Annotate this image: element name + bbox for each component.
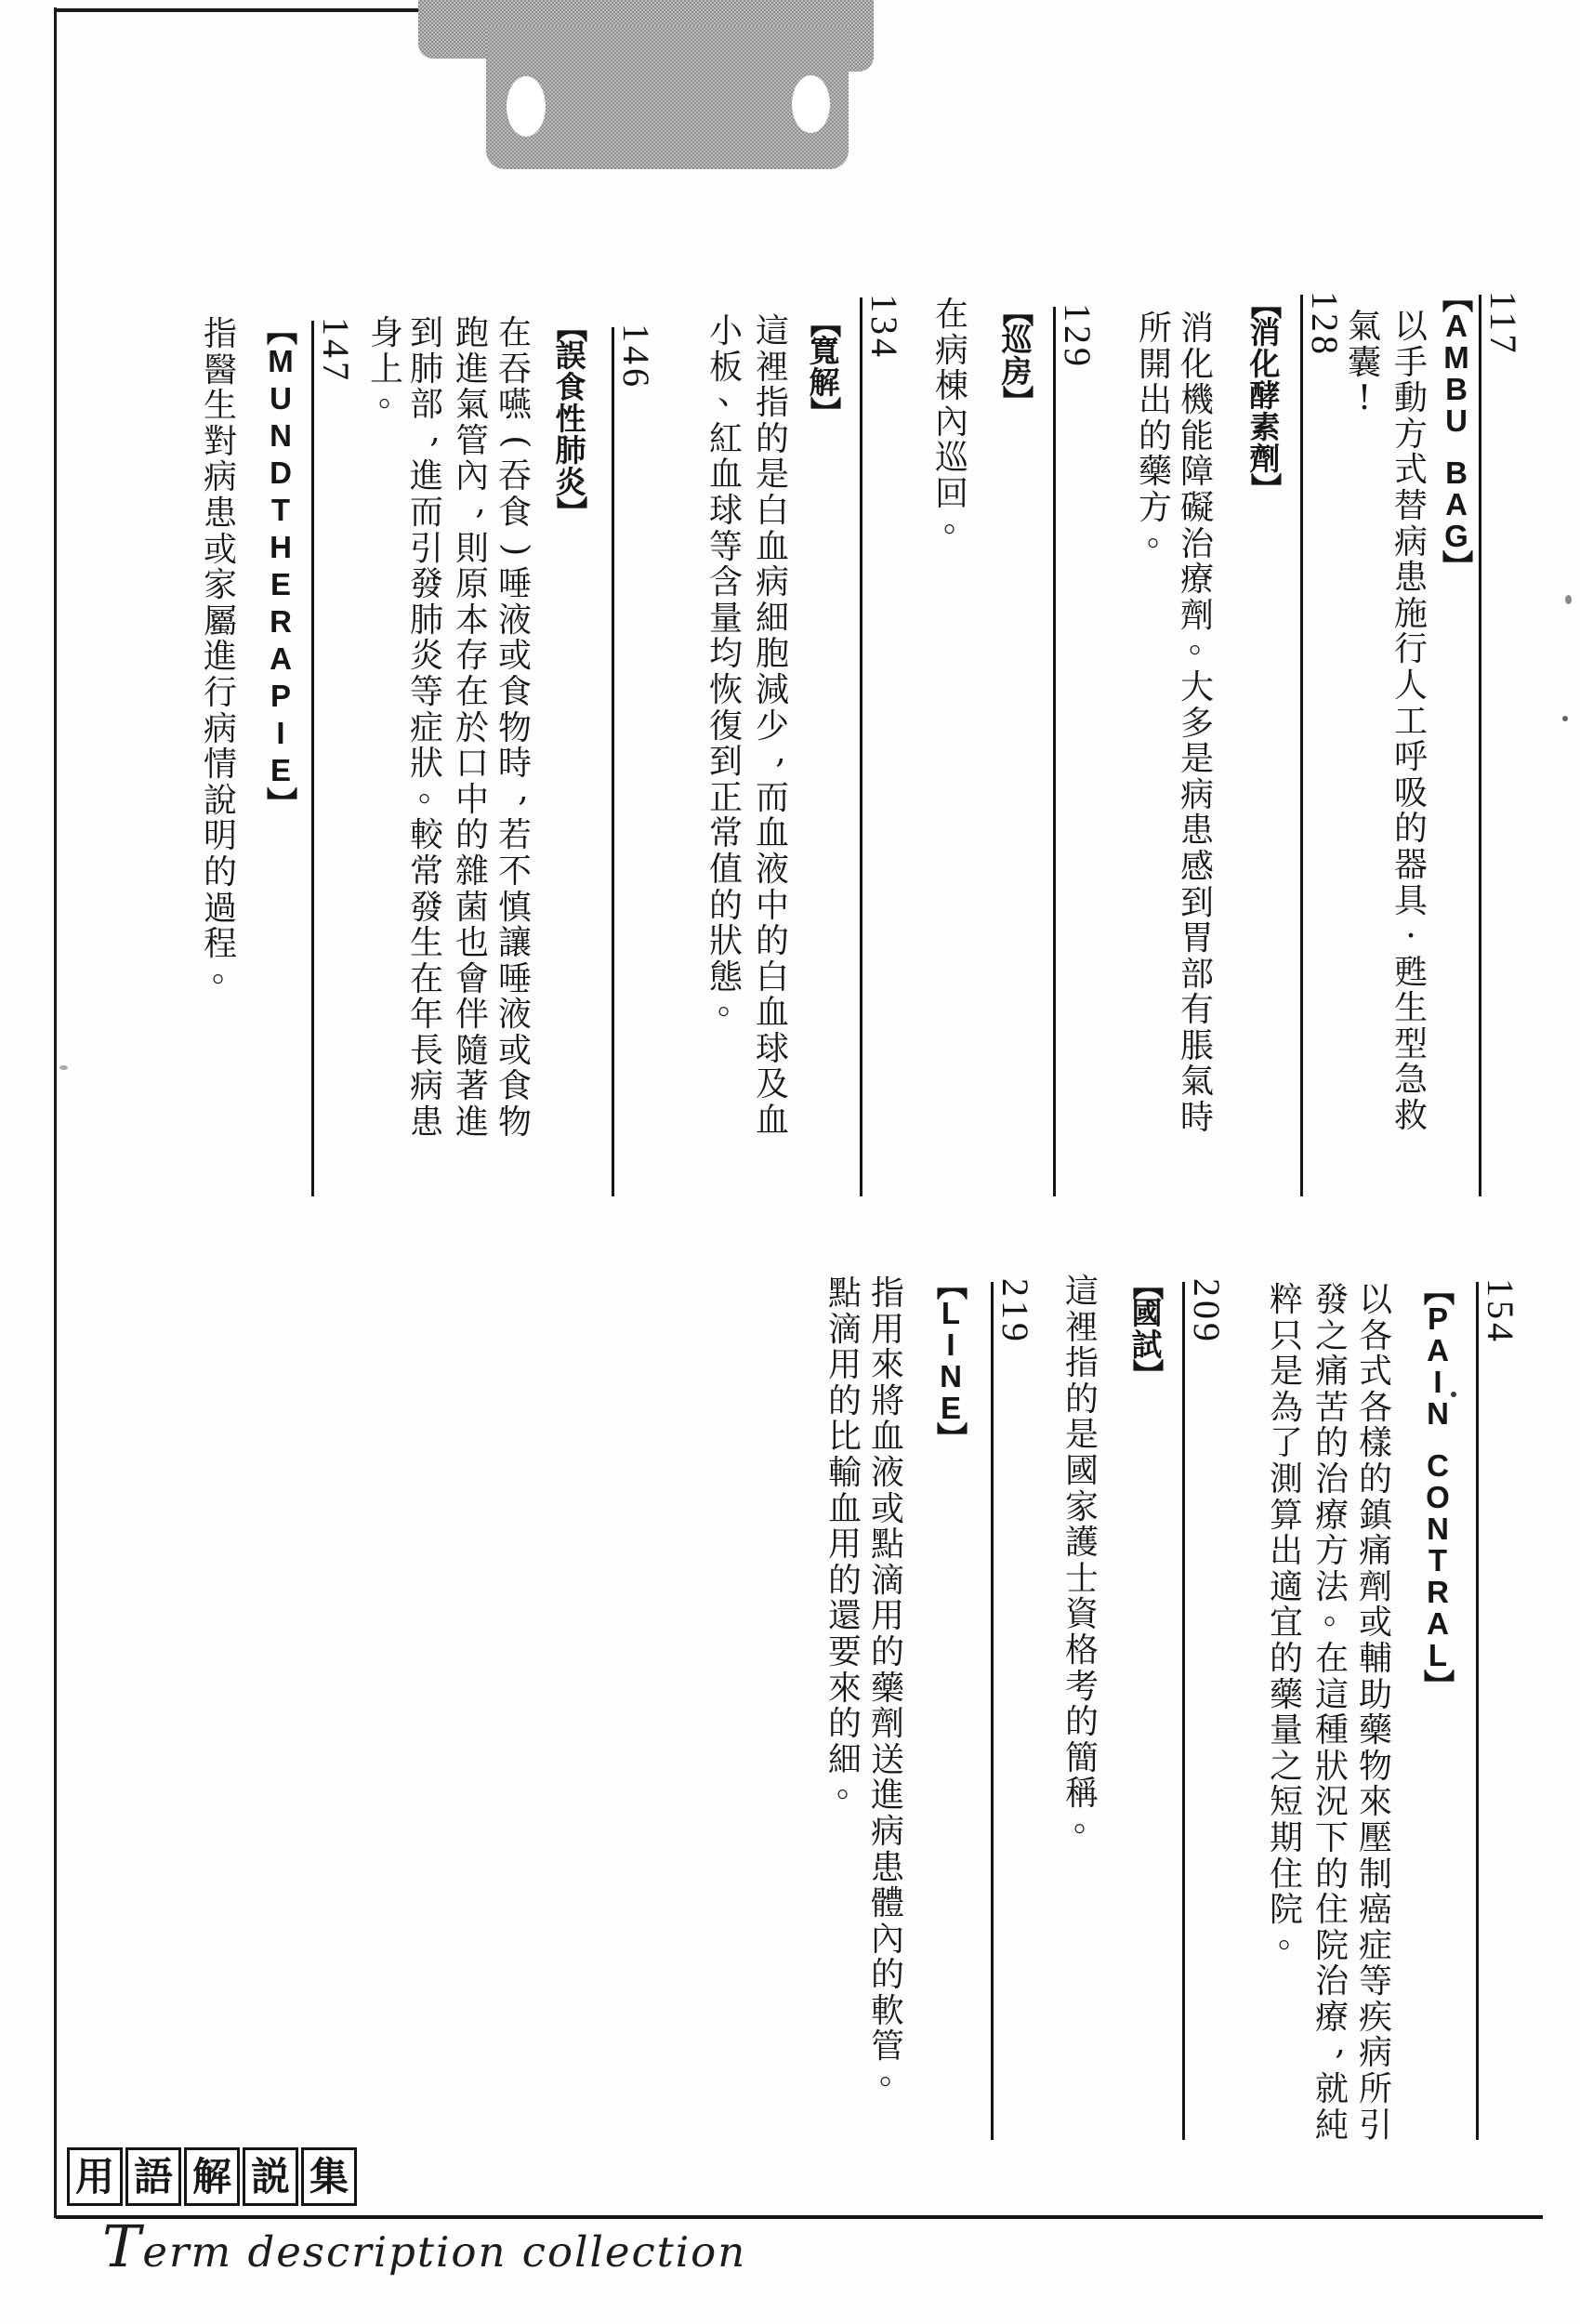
desc-column: 小板、紅血球等含量均恢復到正常值的狀態。 <box>706 314 745 1032</box>
binder-hole-icon <box>792 75 830 133</box>
entry-rule <box>860 297 862 1196</box>
scanned-glossary-page: 117【AMBU BAG】以手動方式替病患施行人工呼吸的器具・甦生型急救氣囊!1… <box>0 0 1580 2324</box>
stamp-box: 解 <box>184 2147 240 2206</box>
stamp-box: 説 <box>243 2147 298 2206</box>
page-number: 147 <box>317 317 354 384</box>
entry-rule <box>1300 295 1303 1196</box>
desc-column: 指用來將血液或點滴用的藥劑送進病患體內的軟管。 <box>868 1276 907 2102</box>
term-label: 【LINE】 <box>929 1272 972 1450</box>
desc-column: 點滴用的比輸血用的還要來的細。 <box>825 1276 864 1815</box>
scan-speck <box>1562 716 1568 721</box>
term-label: 【國試】 <box>1126 1272 1168 1387</box>
term-label: 【寬解】 <box>803 310 846 425</box>
desc-column: 所開出的藥方。 <box>1136 311 1175 562</box>
page-number: 219 <box>996 1278 1034 1345</box>
scan-speck <box>1451 1392 1456 1397</box>
desc-column: 到肺部,進而引發肺炎等症狀。較常發生在年長病患 <box>407 316 446 1142</box>
desc-column: 跑進氣管內,則原本存在於口中的雜菌也會伴隨著進 <box>453 316 492 1142</box>
entry-rule <box>612 327 614 1196</box>
term-label: 【誤食性肺炎】 <box>549 314 592 524</box>
desc-column: 在吞嚥(吞食)唾液或食物時,若不慎讓唾液或食物 <box>495 316 534 1142</box>
stamp-box: 用 <box>67 2147 123 2206</box>
desc-column: 發之痛苦的治療方法。在這種狀況下的住院治療,就純 <box>1312 1283 1351 2144</box>
scan-speck <box>59 1065 68 1070</box>
stamp-box: 集 <box>301 2147 357 2206</box>
desc-column: 以各式各樣的鎮痛劑或輔助藥物來壓制癌症等疾病所引 <box>1356 1283 1395 2144</box>
desc-column: 以手動方式替病患施行人工呼吸的器具・甦生型急救 <box>1391 310 1430 1135</box>
entry-rule <box>311 321 314 1196</box>
term-label: 【PAIN CONTRAL】 <box>1416 1277 1459 1697</box>
scan-speck <box>1565 595 1572 604</box>
footer-caption: Term description collection <box>102 2227 746 2277</box>
entry-rule <box>1479 295 1481 1196</box>
page-number: 117 <box>1484 291 1521 357</box>
entry-rule <box>1476 1282 1479 2140</box>
binder-hole-icon <box>507 76 546 137</box>
entry-rule <box>991 1282 994 2140</box>
term-label: 【AMBU BAG】 <box>1435 284 1478 578</box>
desc-column: 這裡指的是國家護士資格考的簡稱。 <box>1062 1274 1101 1849</box>
page-border-top <box>56 8 421 12</box>
entry-rule <box>1053 307 1056 1196</box>
page-border-left <box>54 7 57 2218</box>
page-number: 129 <box>1059 303 1096 370</box>
page-number: 209 <box>1188 1278 1225 1345</box>
stamp-box: 語 <box>125 2147 181 2206</box>
desc-column: 指醫生對病患或家屬進行病情說明的過程。 <box>201 317 240 998</box>
desc-column: 在病棟內巡回。 <box>932 297 971 548</box>
page-number: 146 <box>617 324 654 390</box>
term-label: 【MUNDTHERAPIE】 <box>259 317 302 815</box>
page-number: 134 <box>865 294 902 361</box>
page-number: 154 <box>1481 1278 1519 1345</box>
footer-stamp: 用語解説集 <box>67 2147 360 2206</box>
footer-divider-line <box>56 2215 1543 2219</box>
desc-column: 這裡指的是白血病細胞減少,而血液中的白血球及血 <box>753 314 792 1140</box>
desc-column: 消化機能障礙治療劑。大多是病患感到胃部有脹氣時 <box>1178 311 1217 1137</box>
page-number: 128 <box>1306 291 1343 358</box>
desc-column: 氣囊! <box>1345 310 1384 417</box>
term-label: 【消化酵素劑】 <box>1244 291 1286 501</box>
desc-column: 身上。 <box>367 316 406 424</box>
desc-column: 粹只是為了測算出適宜的藥量之短期住院。 <box>1267 1283 1306 1964</box>
entry-rule <box>1182 1282 1185 2140</box>
term-label: 【巡房】 <box>995 298 1038 414</box>
